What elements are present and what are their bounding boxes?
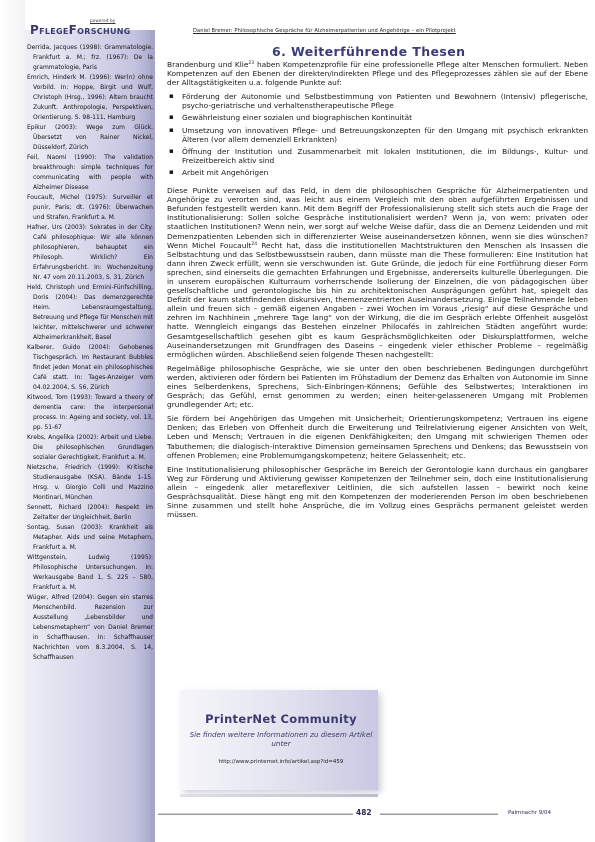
list-item: Gewährleistung einer sozialen und biogra… [167, 113, 588, 122]
reference-item: Derrida, Jacques (1998): Grammatologie. … [27, 43, 153, 73]
footer-rule [380, 813, 498, 815]
ad-bottom-bar [180, 794, 378, 797]
article-link[interactable]: http://www.printernet.info/artikel.asp?i… [188, 759, 374, 765]
body-paragraph: Regelmäßige philosophische Gespräche, wi… [167, 364, 588, 409]
running-header: Daniel Bremer: Philosophische Gespräche … [193, 28, 593, 34]
competence-list: Förderung der Autonomie und Selbstbestim… [167, 92, 588, 177]
ad-title: PrinterNet Community [188, 712, 374, 726]
section-title: 6. Weiterführende Thesen [272, 44, 465, 59]
reference-item: Hafner, Urs (2003): Sokrates in der City… [27, 223, 153, 283]
reference-item: Kalberer, Guido (2004): Gehobenes Tischg… [27, 343, 153, 393]
main-body-text: Brandenburg und Klie23 haben Kompetenzpr… [167, 60, 588, 524]
body-paragraph: Diese Punkte verweisen auf das Feld, in … [167, 186, 588, 359]
footer-rule [158, 813, 353, 815]
printernet-community-box: PrinterNet Community Sie finden weitere … [180, 690, 378, 790]
reference-item: Kitwood, Tom (1993): Toward a theory of … [27, 393, 153, 433]
body-paragraph: Eine Institutionalisierung philosophisch… [167, 465, 588, 520]
brand-logo: powered by PflegeForschung [28, 18, 153, 40]
reference-item: Krebs, Angelika (2002): Arbeit und Liebe… [27, 433, 153, 463]
intro-text: Brandenburg und Klie [167, 60, 248, 69]
ad-text: Sie finden weitere Informationen zu dies… [188, 730, 374, 748]
list-item: Förderung der Autonomie und Selbstbestim… [167, 92, 588, 110]
list-item: Umsetzung von innovativen Pflege- und Be… [167, 126, 588, 144]
intro-paragraph: Brandenburg und Klie23 haben Kompetenzpr… [167, 60, 588, 87]
page-number: 482 [356, 808, 372, 817]
body-paragraph: Sie fördern bei Angehörigen das Umgehen … [167, 414, 588, 459]
reference-item: Epikur (2003): Wege zum Glück. Übersetzt… [27, 123, 153, 153]
reference-item: Wittgenstein, Ludwig (1995): Philosophis… [27, 553, 153, 593]
reference-item: Nietzsche, Friedrich (1999): Kritische S… [27, 463, 153, 503]
list-item: Arbeit mit Angehörigen [167, 168, 588, 177]
left-page-margin [0, 0, 25, 842]
reference-item: Wüger, Alfred (2004): Gegen ein starres … [27, 593, 153, 663]
reference-item: Foucault, Michel (1975): Surveiller et p… [27, 193, 153, 223]
reference-item: Feil, Naomi (1990): The validation break… [27, 153, 153, 193]
reference-item: Held, Christoph und Ermini-Fünfschilling… [27, 283, 153, 343]
paragraph-text-cont: Recht hat, dass die institutionellen Mac… [167, 241, 588, 359]
reference-item: Emrich, Hinderk M. (1996): Wer(n) ohne V… [27, 73, 153, 123]
brand-name: PflegeForschung [30, 23, 131, 37]
journal-issue: Palmnachr 9/04 [508, 810, 551, 816]
reference-item: Sontag, Susan (2003): Krankheit als Meta… [27, 523, 153, 553]
list-item: Öffnung der Institution und Zusammenarbe… [167, 147, 588, 165]
reference-item: Sennett, Richard (2004): Respekt im Zeit… [27, 503, 153, 523]
reference-list: Derrida, Jacques (1998): Grammatologie. … [27, 43, 153, 663]
